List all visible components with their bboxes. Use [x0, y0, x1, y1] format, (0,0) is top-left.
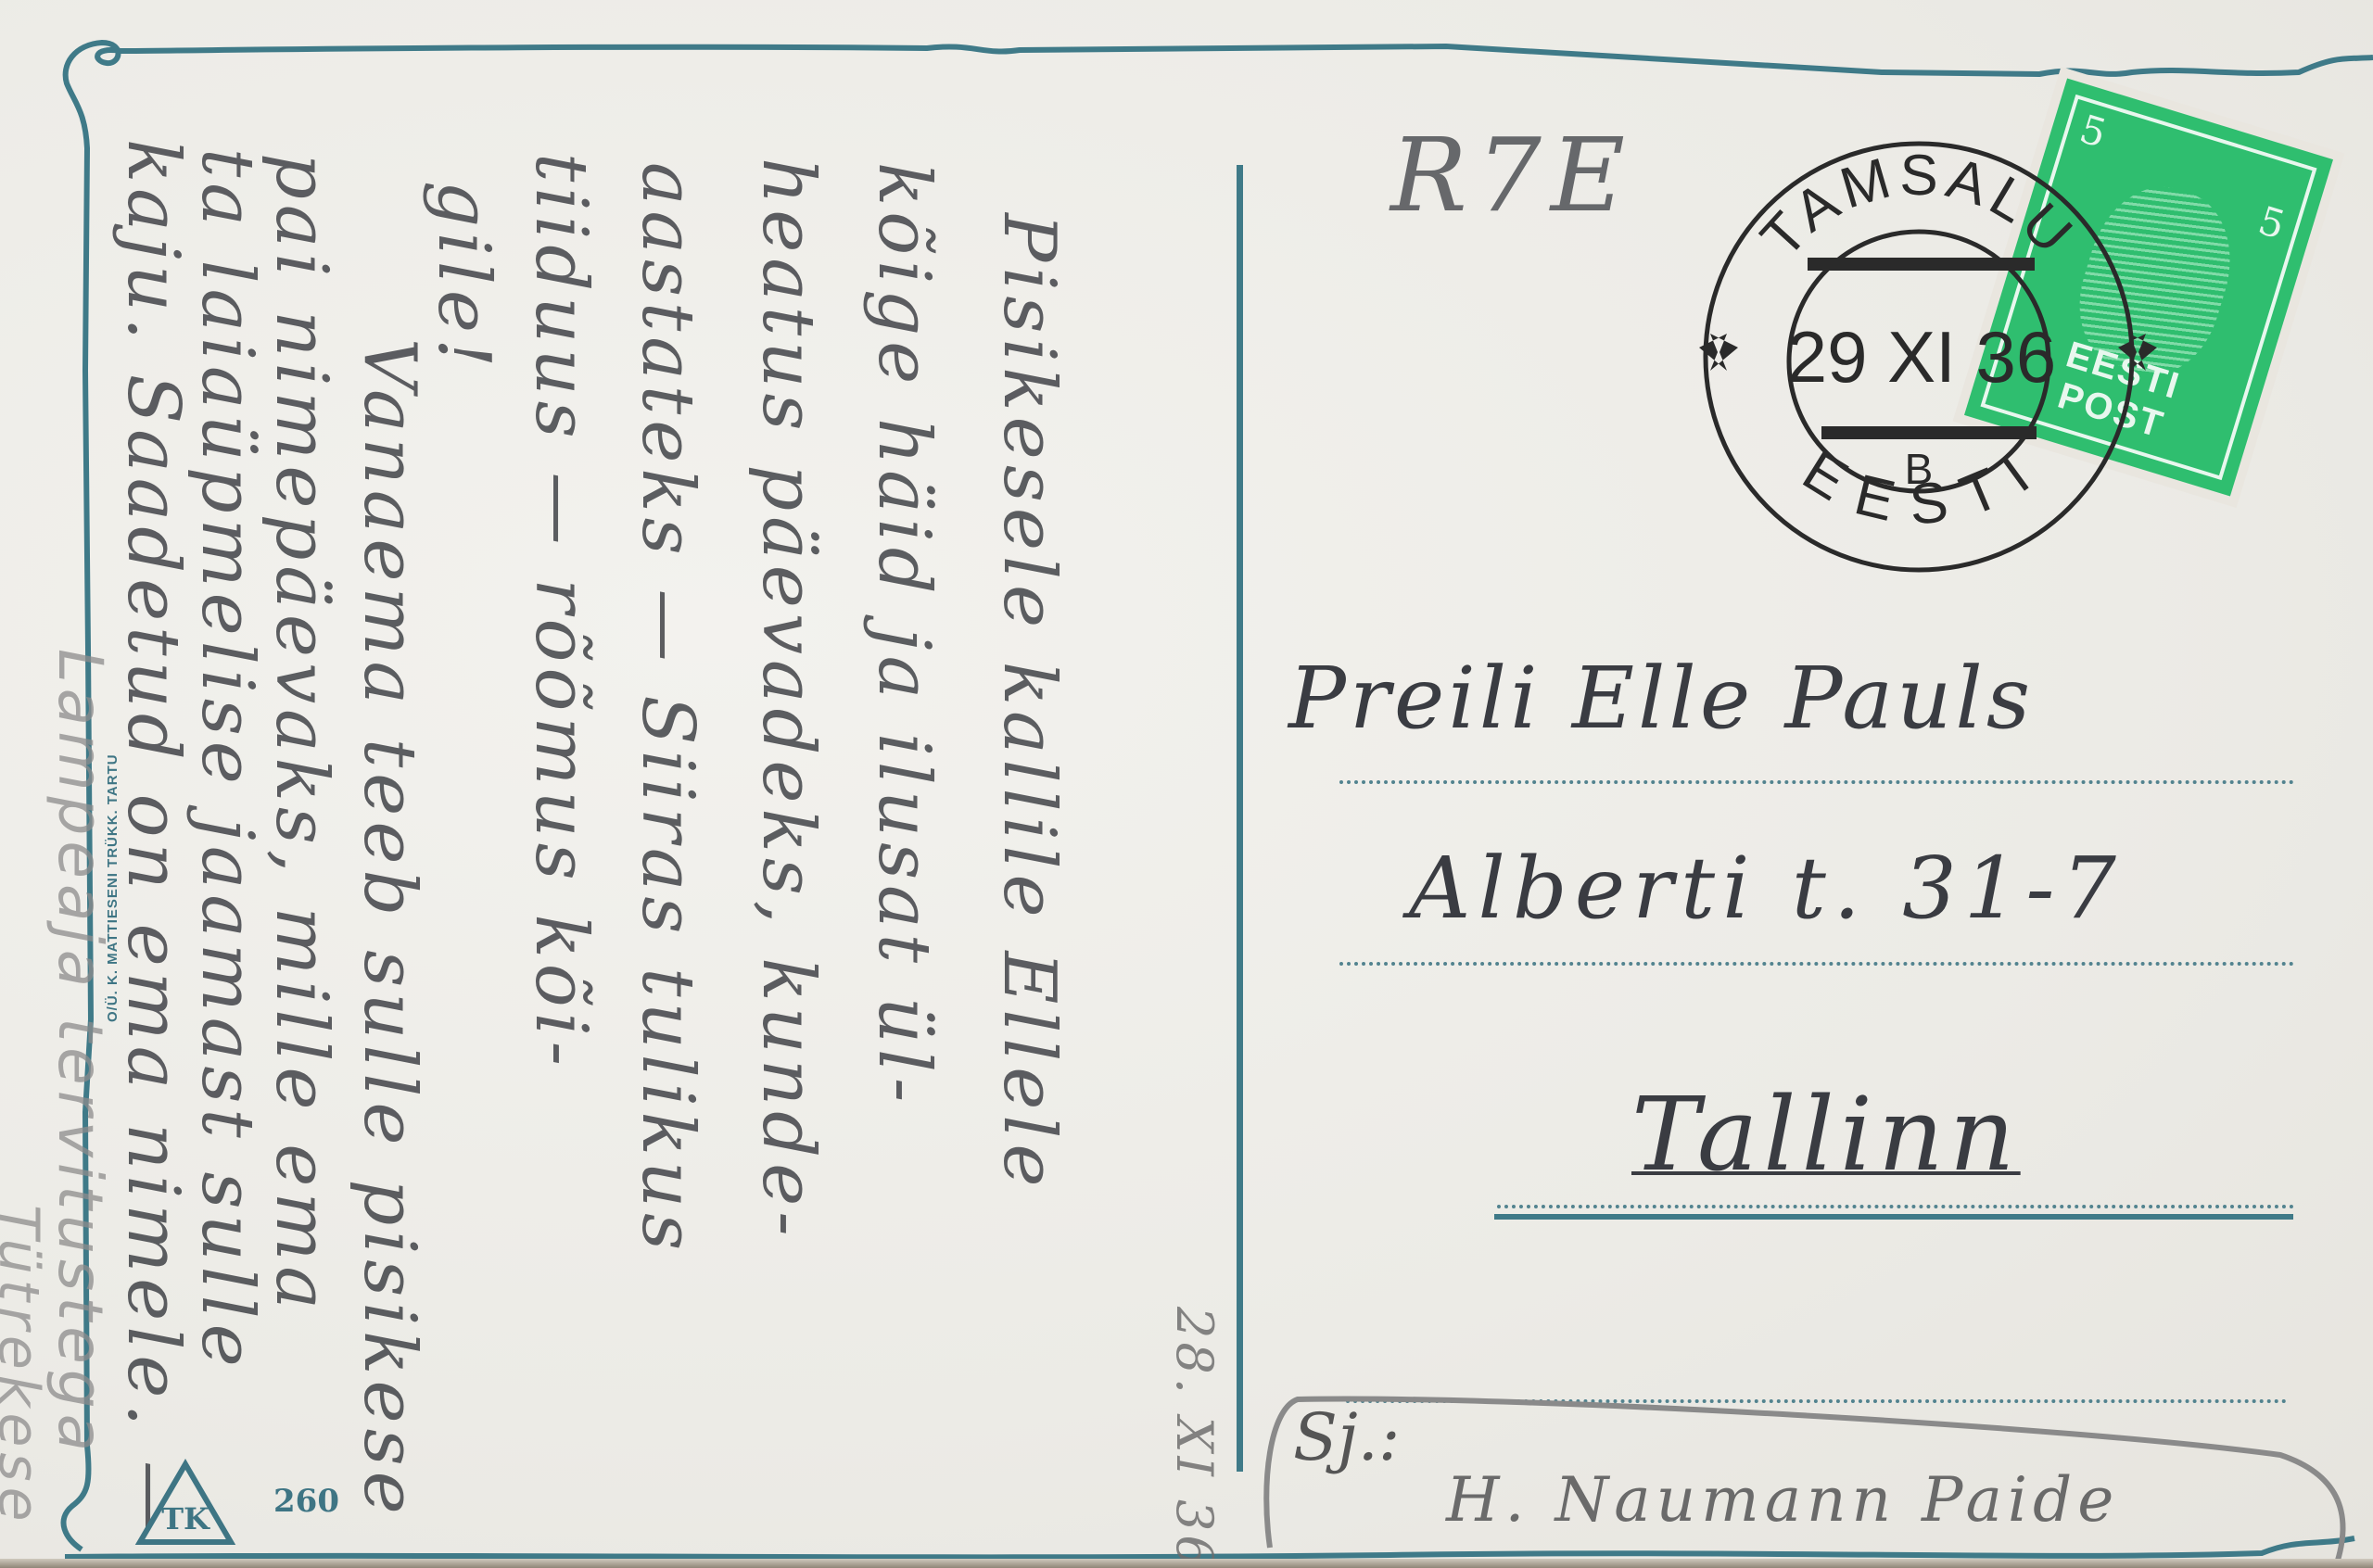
message-date: 28. XI 36	[1165, 1307, 1224, 1568]
message-line-8: pai nimepäevaks, mille ema	[260, 153, 343, 1315]
printer-imprint: O/Ü. K. MATTIESENI TRÜKK. TARTU	[105, 753, 121, 1022]
postmark-date: 29 XI 36	[1787, 316, 2057, 398]
message-line-10: kaju. Saadetud on ema nimele. —	[111, 139, 195, 1538]
address-dotted-line-2	[1339, 962, 2294, 966]
address-dotted-line-3	[1497, 1205, 2294, 1208]
publisher-logo-icon: TK	[134, 1457, 236, 1549]
message-line-1: Pisikesele kallile Ellele	[987, 213, 1071, 1193]
card-edge	[0, 1559, 2373, 1568]
sender-label: Sj.:	[1293, 1399, 1401, 1475]
postmark-town: TAMSALU	[1749, 144, 2088, 270]
postmark-series: B	[1905, 445, 1934, 493]
divider-line	[1237, 165, 1243, 1472]
address-line-1: Preili Elle Pauls	[1288, 649, 2034, 748]
address-line-2: Alberti t. 31-7	[1409, 839, 2124, 938]
address-dotted-line-1	[1339, 780, 2294, 784]
margin-pencil-line-2: Tütrekese	[0, 1205, 51, 1527]
address-line-3: Tallinn	[1631, 1075, 2021, 1194]
address-underline	[1494, 1214, 2293, 1220]
postmark: TAMSALU EESTI 29 XI 36 B	[1682, 120, 2202, 602]
message-line-9: ta laiaüpmelise jaamast sulle	[185, 148, 269, 1372]
card-number: 260	[273, 1483, 339, 1520]
pencil-note: R7E	[1390, 116, 1634, 234]
message-line-7: Vanaema teeb sulle pisikese	[348, 338, 431, 1520]
message-line-5: tiiduus — rõõmus kõi-	[519, 153, 603, 1071]
message-line-4: aastateks — Siiras tulikus	[626, 162, 709, 1256]
postcard: R7E 5 5 EESTI POST TAMSALU EESTI 29 XI 3…	[0, 0, 2373, 1568]
message-line-6: gile!	[422, 181, 505, 373]
svg-text:TK: TK	[161, 1501, 210, 1536]
message-line-2: kõige häid ja ilusat ül-	[862, 162, 945, 1107]
message-line-3: heatus päevadeks, kunde-	[746, 158, 830, 1242]
sender-name: H. Naumann Paide	[1446, 1464, 2119, 1536]
